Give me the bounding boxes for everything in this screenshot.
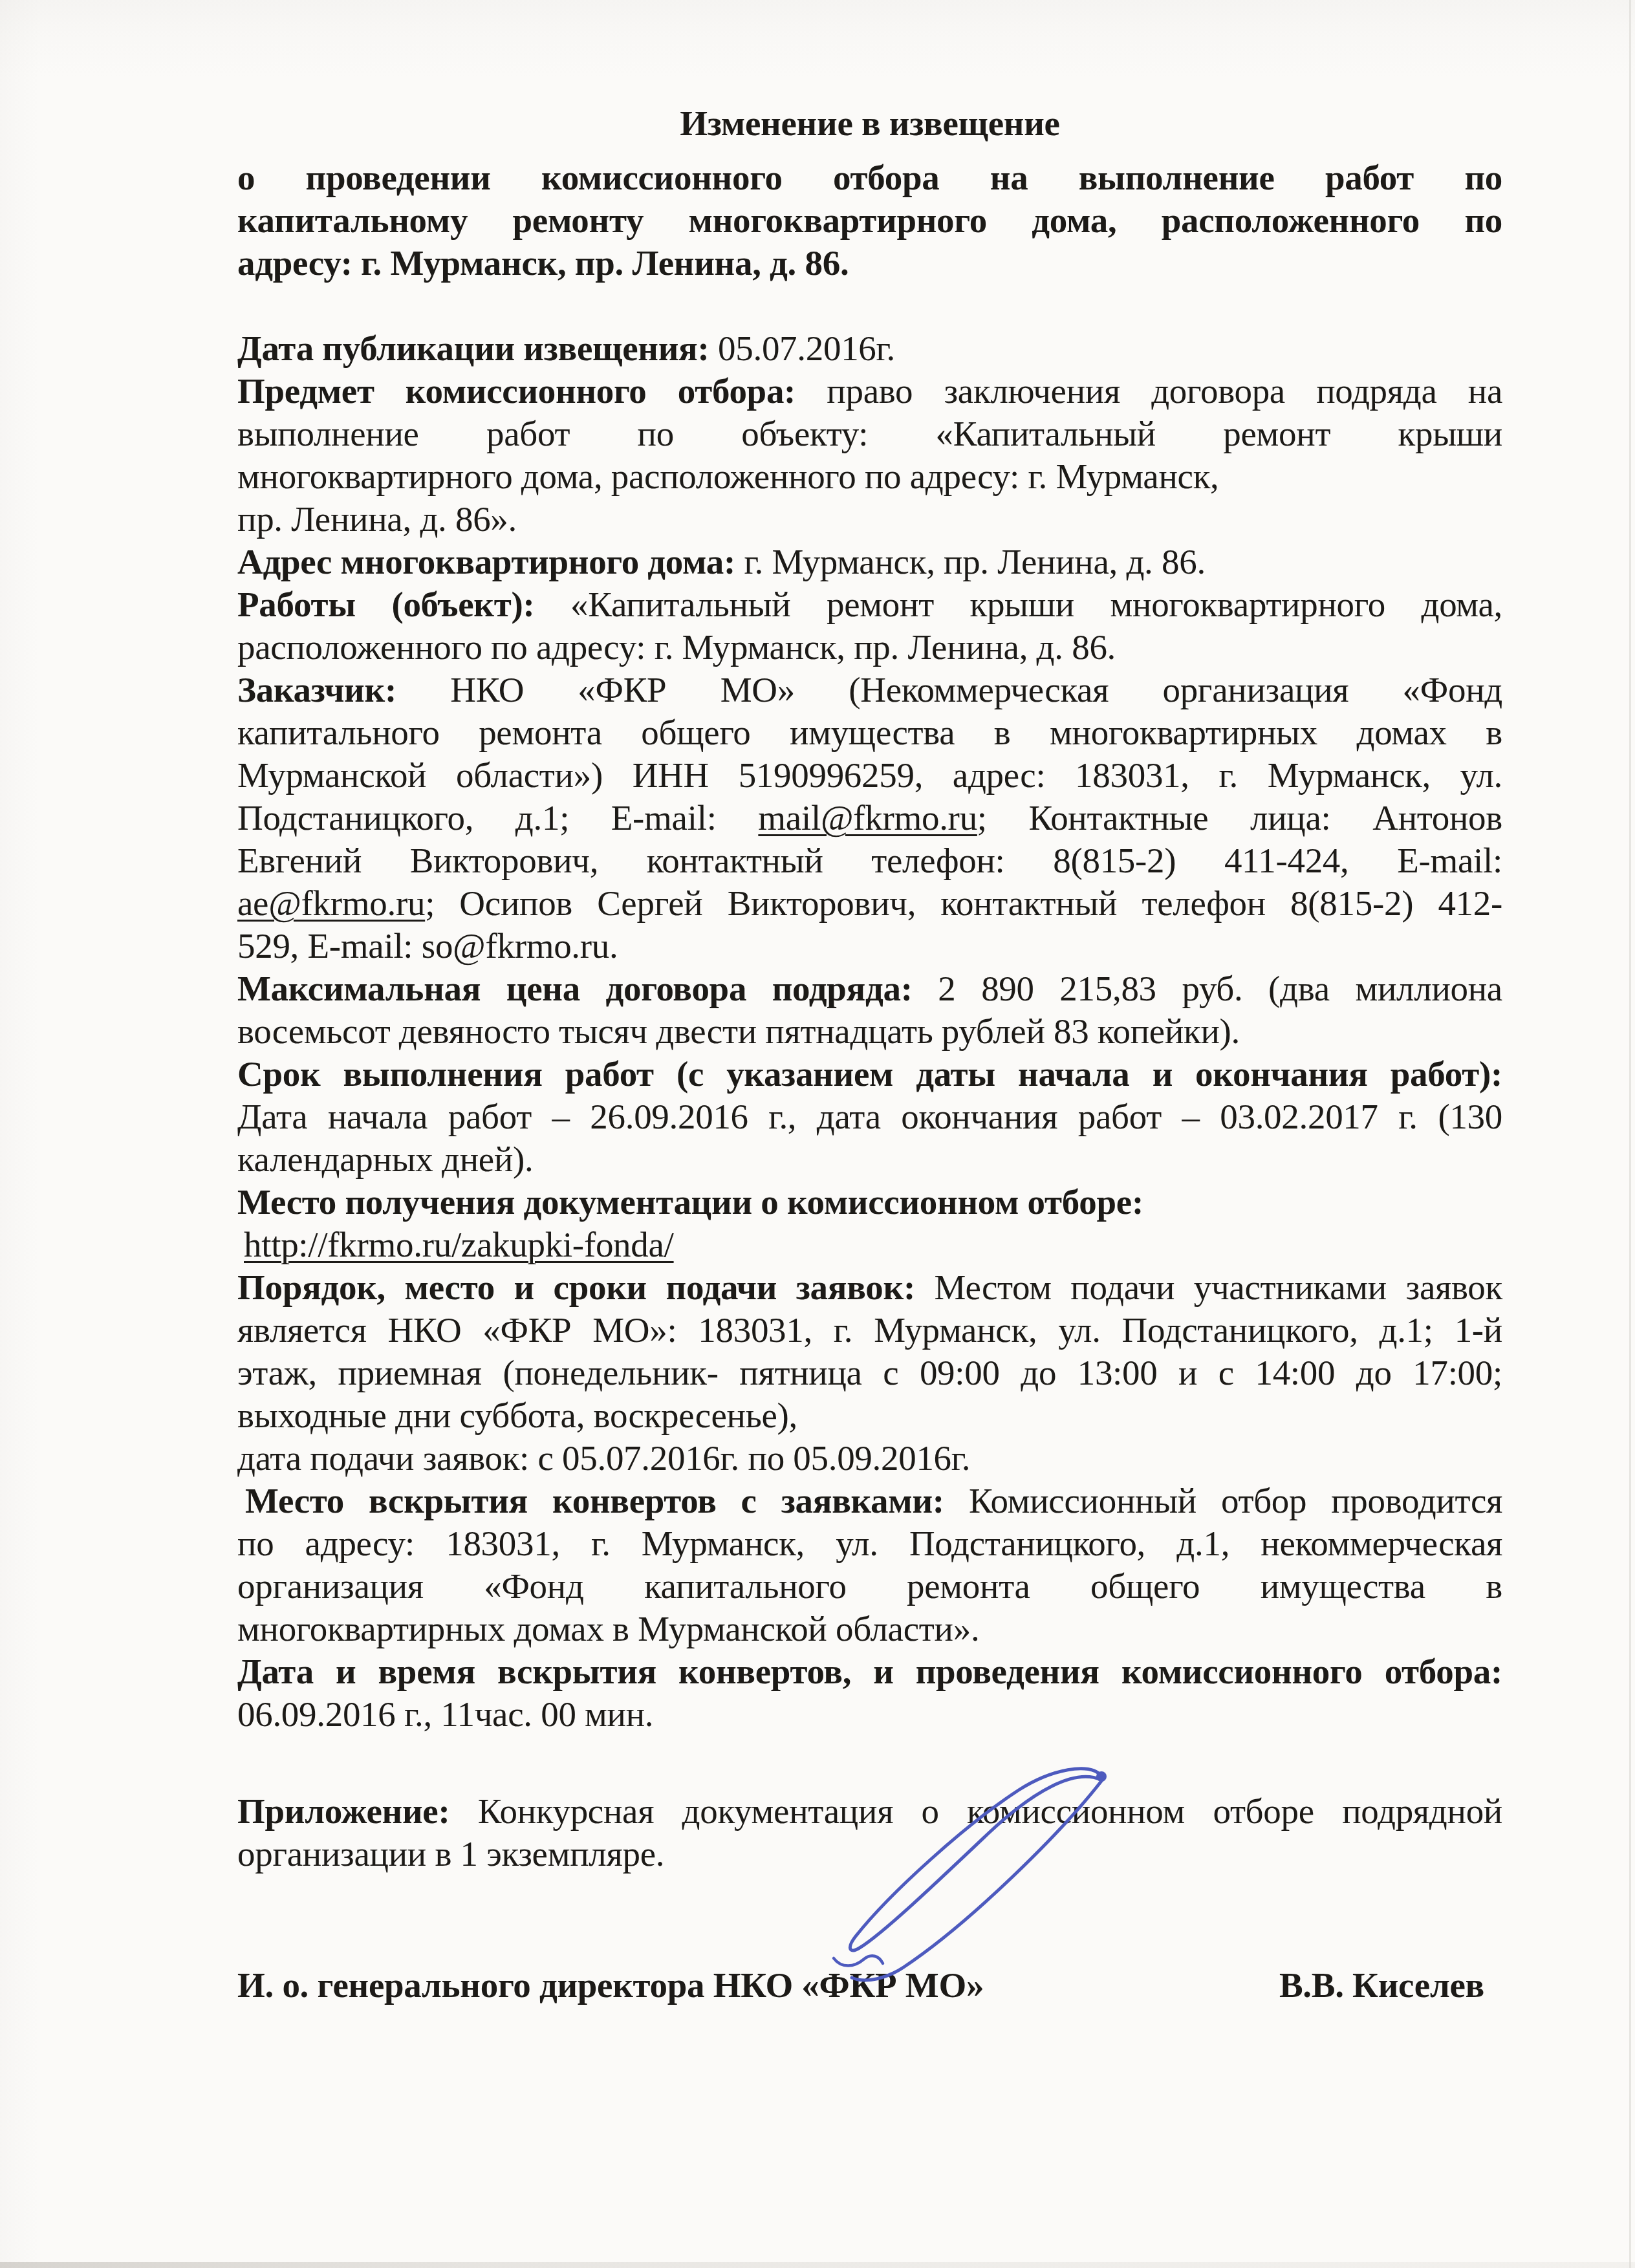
text-line: капитального ремонта общего имущества в …	[237, 711, 1502, 754]
field-text: Местом подачи участниками заявок	[915, 1268, 1502, 1307]
text-line: Дата публикации извещения: 05.07.2016г.	[237, 327, 1502, 370]
field-text: выходные дни суббота, воскресенье),	[237, 1396, 797, 1435]
field-label: Приложение:	[237, 1791, 449, 1831]
text-line: по адресу: 183031, г. Мурманск, ул. Подс…	[237, 1522, 1502, 1565]
text-line: выходные дни суббота, воскресенье),	[237, 1394, 1502, 1437]
field-label: Адрес многоквартирного дома:	[237, 542, 735, 581]
text-line: 529, E-mail: so@fkrmo.ru.	[237, 925, 1502, 967]
field-label: Порядок, место и сроки подачи заявок:	[237, 1268, 915, 1307]
field-text: Мурманской области») ИНН 5190996259, адр…	[237, 755, 1502, 795]
subject: Предмет комиссионного отбора: право закл…	[237, 370, 1502, 541]
work-period: Срок выполнения работ (с указанием даты …	[237, 1053, 1502, 1181]
field-text: календарных дней).	[237, 1139, 534, 1179]
text-line: Дата начала работ – 26.09.2016 г., дата …	[237, 1096, 1502, 1138]
text-line: Место получения документации о комиссион…	[237, 1181, 1502, 1224]
field-text: организация «Фонд капитального ремонта о…	[237, 1566, 1502, 1606]
attachment: Приложение: Конкурсная документация о ко…	[237, 1790, 1502, 1875]
field-text: расположенного по адресу: г. Мурманск, п…	[237, 627, 1116, 667]
text-line: Дата и время вскрытия конвертов, и прове…	[237, 1650, 1502, 1693]
house-address: Адрес многоквартирного дома: г. Мурманск…	[237, 541, 1502, 583]
opening-datetime: Дата и время вскрытия конвертов, и прове…	[237, 1650, 1502, 1736]
field-label: Дата публикации извещения:	[237, 329, 709, 368]
application-order: Порядок, место и сроки подачи заявок: Ме…	[237, 1266, 1502, 1437]
document-body: Изменение в извещение о проведении комис…	[237, 102, 1502, 2007]
text-line: этаж, приемная (понедельник- пятница с 0…	[237, 1352, 1502, 1394]
field-text: Дата начала работ – 26.09.2016 г., дата …	[237, 1097, 1502, 1136]
field-text: Подстаницкого, д.1; E-mail:	[237, 798, 758, 837]
field-text: организации в 1 экземпляре.	[237, 1834, 664, 1874]
document-paragraphs: о проведении комиссионного отбора на вып…	[237, 157, 1502, 1875]
subtitle-paragraph: о проведении комиссионного отбора на вып…	[237, 157, 1502, 285]
field-label: адресу: г. Мурманск, пр. Ленина, д. 86.	[237, 243, 849, 283]
field-text: 2 890 215,83 руб. (два миллиона	[913, 969, 1502, 1008]
works-object: Работы (объект): «Капитальный ремонт кры…	[237, 583, 1502, 669]
text-line: Место вскрытия конвертов с заявками: Ком…	[237, 1480, 1502, 1522]
email-link[interactable]: mail@fkrmo.ru	[758, 798, 977, 837]
field-label: Место получения документации о комиссион…	[237, 1182, 1143, 1222]
field-text: многоквартирного дома, расположенного по…	[237, 457, 1219, 496]
field-text: г. Мурманск, пр. Ленина, д. 86.	[735, 542, 1206, 581]
field-text: 05.07.2016г.	[709, 329, 895, 368]
field-text: Комиссионный отбор проводится	[944, 1481, 1502, 1520]
field-text: выполнение работ по объекту: «Капитальны…	[237, 414, 1502, 453]
field-label: Максимальная цена договора подряда:	[237, 969, 913, 1008]
max-price: Максимальная цена договора подряда: 2 89…	[237, 967, 1502, 1053]
text-line: многоквартирных домах в Мурманской облас…	[237, 1608, 1502, 1650]
field-label: Место вскрытия конвертов с заявками:	[245, 1481, 944, 1520]
application-dates: дата подачи заявок: с 05.07.2016г. по 05…	[237, 1437, 1502, 1480]
publication-date: Дата публикации извещения: 05.07.2016г.	[237, 327, 1502, 370]
text-line: организация «Фонд капитального ремонта о…	[237, 1565, 1502, 1608]
email-link[interactable]: ae@fkrmo.ru	[237, 883, 425, 923]
scanner-edge-artifact-right	[1629, 0, 1631, 2268]
field-text: восемьсот девяносто тысяч двести пятнадц…	[237, 1011, 1240, 1051]
text-line: Срок выполнения работ (с указанием даты …	[237, 1053, 1502, 1096]
text-line: Мурманской области») ИНН 5190996259, адр…	[237, 754, 1502, 797]
text-line: Максимальная цена договора подряда: 2 89…	[237, 967, 1502, 1010]
customer: Заказчик: НКО «ФКР МО» (Некоммерческая о…	[237, 669, 1502, 967]
text-line: расположенного по адресу: г. Мурманск, п…	[237, 626, 1502, 669]
field-text: ; Контактные лица: Антонов	[977, 798, 1502, 837]
text-line: Евгений Викторович, контактный телефон: …	[237, 839, 1502, 882]
field-text: ; Осипов Сергей Викторович, контактный т…	[425, 883, 1502, 923]
text-line: Приложение: Конкурсная документация о ко…	[237, 1790, 1502, 1833]
text-line: 06.09.2016 г., 11час. 00 мин.	[237, 1693, 1502, 1736]
text-line: капитальному ремонту многоквартирного до…	[237, 199, 1502, 242]
field-label: Работы (объект):	[237, 585, 534, 624]
text-line: организации в 1 экземпляре.	[237, 1833, 1502, 1875]
scanned-document-page: Изменение в извещение о проведении комис…	[0, 0, 1635, 2268]
field-label: капитальному ремонту многоквартирного до…	[237, 200, 1502, 240]
documentation-place: Место получения документации о комиссион…	[237, 1181, 1502, 1266]
text-line: пр. Ленина, д. 86».	[237, 498, 1502, 541]
field-label: Срок выполнения работ (с указанием даты …	[237, 1054, 1502, 1094]
text-line: Предмет комиссионного отбора: право закл…	[237, 370, 1502, 413]
url-link[interactable]: http://fkrmo.ru/zakupki-fonda/	[244, 1225, 674, 1264]
text-line: является НКО «ФКР МО»: 183031, г. Мурман…	[237, 1309, 1502, 1352]
scanner-edge-artifact-bottom	[0, 2262, 1635, 2268]
signatory-position: И. о. генерального директора НКО «ФКР МО…	[237, 1964, 984, 2007]
field-label: Заказчик:	[237, 670, 396, 709]
field-text: Евгений Викторович, контактный телефон: …	[237, 841, 1502, 880]
text-line: многоквартирного дома, расположенного по…	[237, 455, 1502, 498]
text-line: адресу: г. Мурманск, пр. Ленина, д. 86.	[237, 242, 1502, 285]
field-text: 06.09.2016 г., 11час. 00 мин.	[237, 1694, 653, 1734]
text-line: дата подачи заявок: с 05.07.2016г. по 05…	[237, 1437, 1502, 1480]
field-text: пр. Ленина, д. 86».	[237, 499, 517, 539]
field-text: капитального ремонта общего имущества в …	[237, 713, 1502, 752]
text-line: Адрес многоквартирного дома: г. Мурманск…	[237, 541, 1502, 583]
field-text: 529, E-mail: so@fkrmo.ru.	[237, 926, 618, 966]
text-line: http://fkrmo.ru/zakupki-fonda/	[237, 1224, 1502, 1266]
text-line: Порядок, место и сроки подачи заявок: Ме…	[237, 1266, 1502, 1309]
text-line: календарных дней).	[237, 1138, 1502, 1181]
text-line: ae@fkrmo.ru; Осипов Сергей Викторович, к…	[237, 882, 1502, 925]
text-line: Заказчик: НКО «ФКР МО» (Некоммерческая о…	[237, 669, 1502, 711]
field-text: этаж, приемная (понедельник- пятница с 0…	[237, 1353, 1502, 1392]
field-text: НКО «ФКР МО» (Некоммерческая организация…	[396, 670, 1502, 709]
signatory-name: В.В. Киселев	[1279, 1964, 1484, 2007]
text-line: Подстаницкого, д.1; E-mail: mail@fkrmo.r…	[237, 797, 1502, 839]
field-label: Дата и время вскрытия конвертов, и прове…	[237, 1652, 1502, 1691]
field-text: Конкурсная документация о комиссионном о…	[449, 1791, 1502, 1831]
document-title: Изменение в извещение	[237, 102, 1502, 145]
text-line: восемьсот девяносто тысяч двести пятнадц…	[237, 1010, 1502, 1053]
text-line: о проведении комиссионного отбора на вып…	[237, 157, 1502, 199]
signature-row: И. о. генерального директора НКО «ФКР МО…	[237, 1964, 1502, 2007]
field-label: Предмет комиссионного отбора:	[237, 371, 796, 411]
field-text: право заключения договора подряда на	[796, 371, 1502, 411]
field-text: дата подачи заявок: с 05.07.2016г. по 05…	[237, 1438, 970, 1478]
envelope-opening-place: Место вскрытия конвертов с заявками: Ком…	[237, 1480, 1502, 1650]
text-line: Работы (объект): «Капитальный ремонт кры…	[237, 583, 1502, 626]
text-line: выполнение работ по объекту: «Капитальны…	[237, 413, 1502, 455]
field-label: о проведении комиссионного отбора на вып…	[237, 158, 1502, 197]
field-text: по адресу: 183031, г. Мурманск, ул. Подс…	[237, 1524, 1502, 1563]
field-text: «Капитальный ремонт крыши многоквартирно…	[534, 585, 1502, 624]
field-text: является НКО «ФКР МО»: 183031, г. Мурман…	[237, 1310, 1502, 1350]
field-text: многоквартирных домах в Мурманской облас…	[237, 1609, 979, 1648]
